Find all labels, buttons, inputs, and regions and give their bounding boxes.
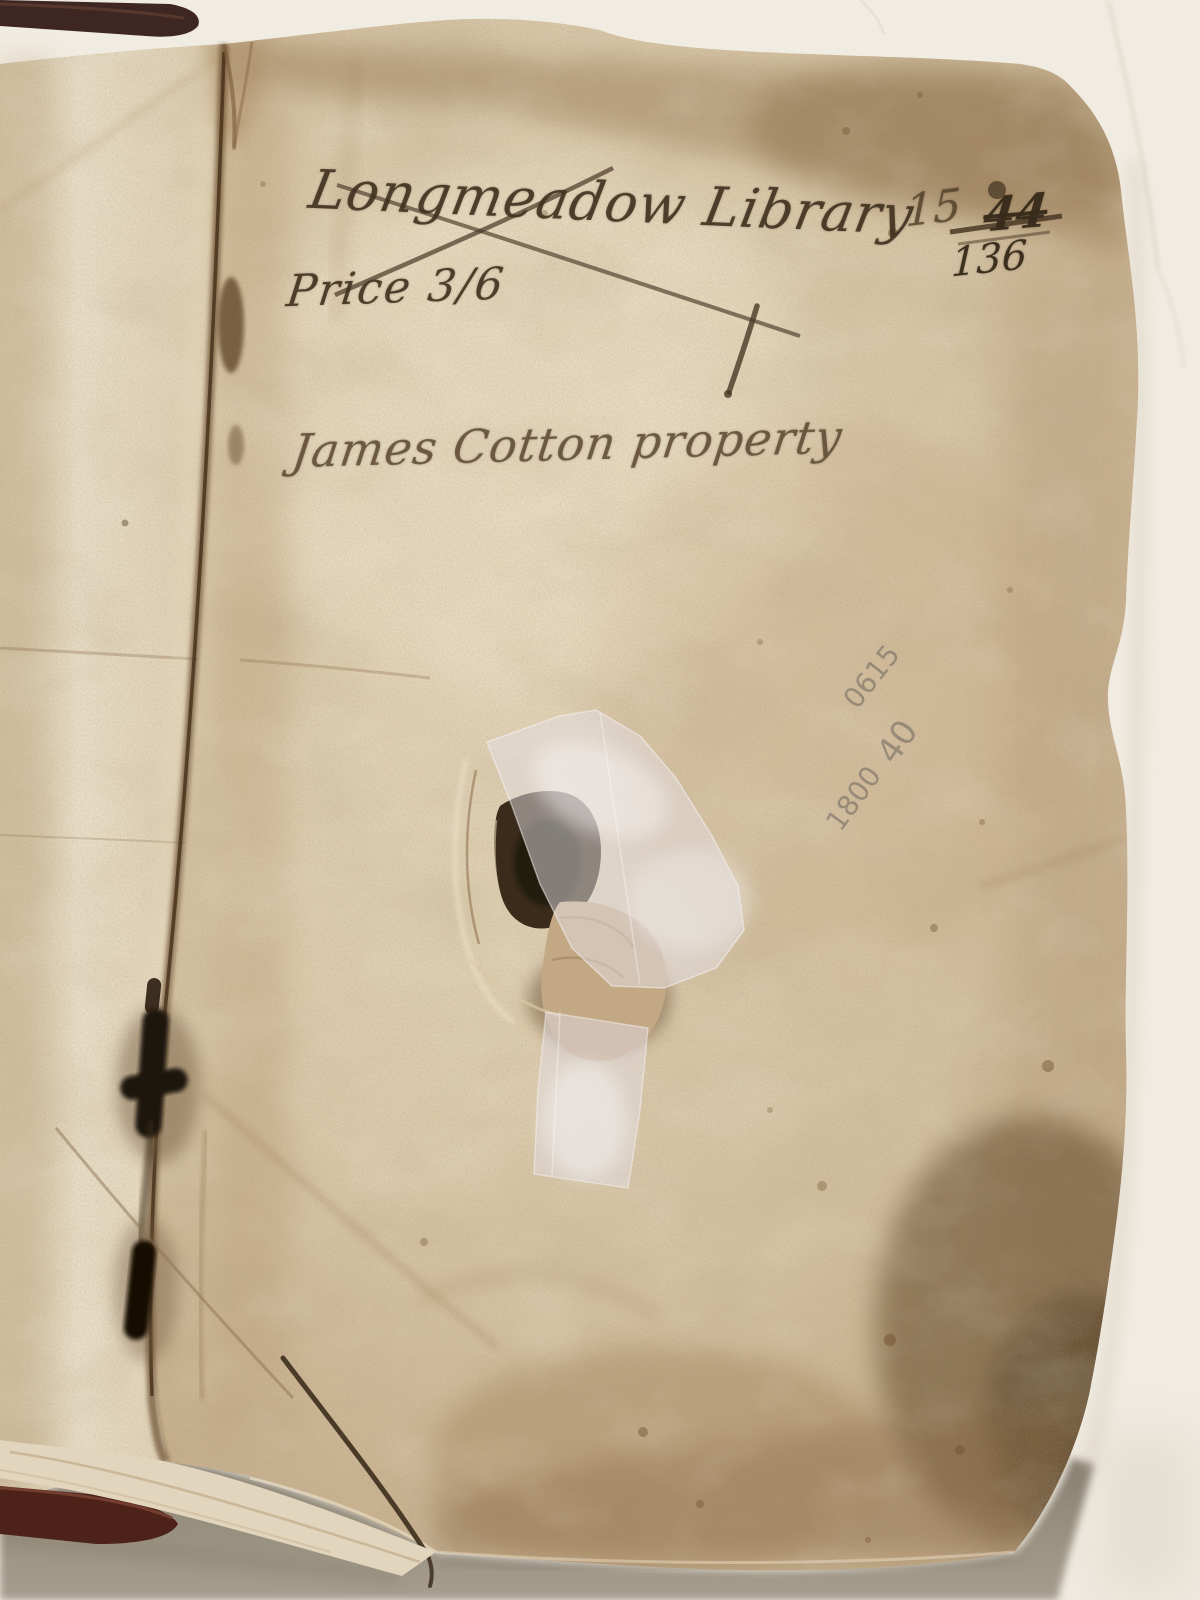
inscription-corrected-number: 136	[950, 232, 1028, 286]
inscription-shelf-number: 15	[905, 179, 961, 237]
antique-book-flyleaf-photo: Longmeadow Library 15 44 136 Price 3/6 J…	[0, 0, 1200, 1600]
inscription-price-note: Price 3/6	[284, 258, 508, 317]
